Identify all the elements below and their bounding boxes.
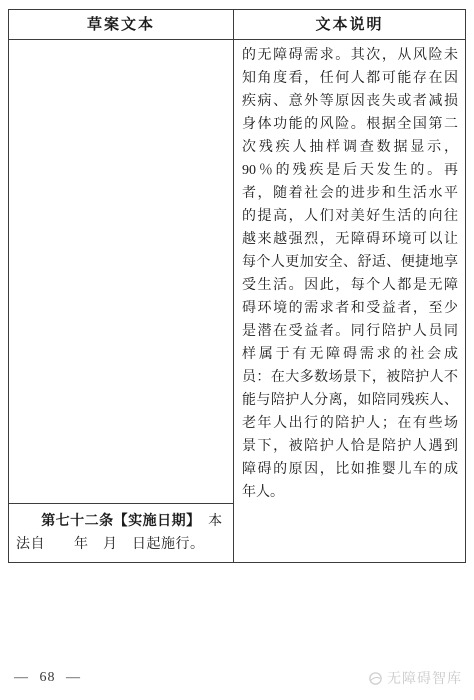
article-72-body-line: 法自 年 月 日起施行。 [16, 533, 227, 556]
explanation-line: 能与陪护人分离，如陪同残疾人、 [242, 389, 458, 412]
table-header-row: 草案文本 文本说明 [9, 10, 465, 40]
explanation-line: 障碍的原因，比如推婴儿车的成 [242, 458, 458, 481]
draft-text-column: 第七十二条【实施日期】 本 法自 年 月 日起施行。 [9, 40, 234, 562]
explanation-line: 老年人出行的陪护人；在有些场 [242, 412, 458, 435]
explanation-line: 受生活。因此，每个人都是无障 [242, 274, 458, 297]
explanation-line: 次残疾人抽样调查数据显示， [242, 136, 458, 159]
explanation-line: 90％的残疾是后天发生的。再 [242, 159, 458, 182]
explanation-line: 景下，被陪护人恰是陪护人遇到 [242, 435, 458, 458]
explanation-line: 是潜在受益者。同行陪护人员同 [242, 320, 458, 343]
watermark-label: 无障碍智库 [387, 668, 462, 688]
article-72-title: 第七十二条【实施日期】 [41, 512, 194, 528]
explanation-line: 的提高，人们对美好生活的向往 [242, 205, 458, 228]
explanation-line: 疾病、意外等原因丧失或者减损 [242, 90, 458, 113]
explanation-line: 者，随着社会的进步和生活水平 [242, 182, 458, 205]
explanation-line: 年人。 [242, 481, 458, 504]
explanation-line: 样属于有无障碍需求的社会成 [242, 343, 458, 366]
article-72-title-line: 第七十二条【实施日期】 本 [16, 509, 227, 533]
page-footer: — 68 — 无障碍智库 [0, 666, 474, 690]
explanation-cell: 的无障碍需求。其次，从风险未 知角度看，任何人都可能存在因 疾病、意外等原因丧失… [234, 40, 465, 562]
explanation-line: 员：在大多数场景下，被陪护人不 [242, 366, 458, 389]
article-72-cell: 第七十二条【实施日期】 本 法自 年 月 日起施行。 [9, 503, 233, 562]
explanation-line: 知角度看，任何人都可能存在因 [242, 67, 458, 90]
table-body: 第七十二条【实施日期】 本 法自 年 月 日起施行。 的无障碍需求。其次，从风险… [9, 40, 465, 562]
explanation-line: 每个人更加安全、舒适、便捷地享 [242, 251, 458, 274]
watermark: 无障碍智库 [368, 668, 462, 688]
logo-circle-icon [368, 671, 383, 686]
explanation-line: 越来越强烈，无障碍环境可以让 [242, 228, 458, 251]
draft-empty-cell [9, 40, 233, 503]
explanation-line: 身体功能的风险。根据全国第二 [242, 113, 458, 136]
column-header-draft-text: 草案文本 [9, 10, 234, 39]
page-number: — 68 — [14, 670, 81, 686]
draft-explanation-table: 草案文本 文本说明 第七十二条【实施日期】 本 法自 年 月 日起施行。 的无障… [8, 9, 466, 563]
explanation-line: 的无障碍需求。其次，从风险未 [242, 44, 458, 67]
explanation-line: 碍环境的需求者和受益者，至少 [242, 297, 458, 320]
article-72-title-rest: 本 [194, 514, 223, 529]
column-header-text-explanation: 文本说明 [234, 10, 465, 39]
